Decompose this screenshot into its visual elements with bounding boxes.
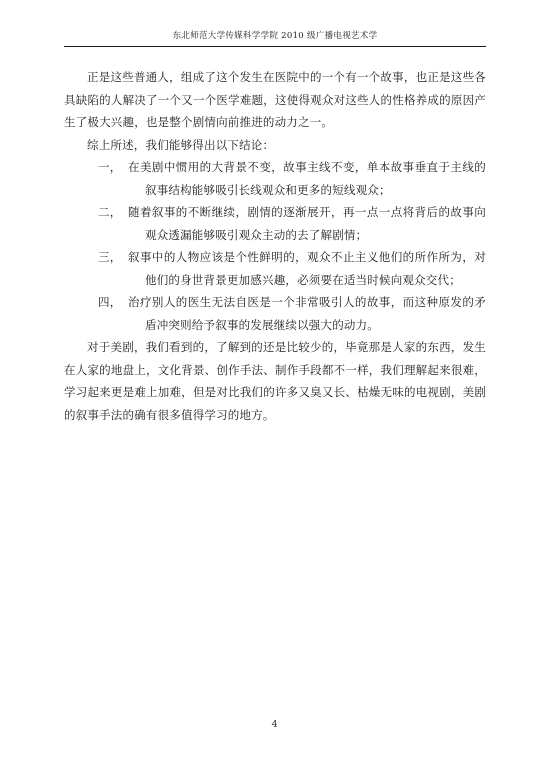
list-text: 在美剧中惯用的大背景不变，故事主线不变，单本故事垂直于主线的叙事结构能够吸引长线… bbox=[128, 160, 486, 197]
document-body: 正是这些普通人，组成了这个发生在医院中的一个有一个故事，也正是这些各具缺陷的人解… bbox=[64, 66, 486, 426]
list-item: 二，随着叙事的不断继续，剧情的逐渐展开，再一点一点将背后的故事向观众透漏能够吸引… bbox=[64, 201, 486, 246]
list-marker: 一， bbox=[98, 156, 121, 179]
list-item: 三，叙事中的人物应该是个性鲜明的，观众不止主义他们的所作所为，对他们的身世背景更… bbox=[64, 246, 486, 291]
list-item: 四，治疗别人的医生无法自医是一个非常吸引人的故事，而这种原发的矛盾冲突则给予叙事… bbox=[64, 291, 486, 336]
document-page: 东北师范大学传媒科学学院 2010 级广播电视艺术学 正是这些普通人，组成了这个… bbox=[0, 0, 549, 778]
list-marker: 三， bbox=[98, 246, 121, 269]
header-title: 东北师范大学传媒科学学院 2010 级广播电视艺术学 bbox=[64, 30, 486, 42]
paragraph-conclusion-intro: 综上所述，我们能够得出以下结论： bbox=[64, 134, 486, 157]
list-text: 叙事中的人物应该是个性鲜明的，观众不止主义他们的所作所为，对他们的身世背景更加感… bbox=[128, 250, 486, 287]
list-text: 随着叙事的不断继续，剧情的逐渐展开，再一点一点将背后的故事向观众透漏能够吸引观众… bbox=[128, 205, 486, 242]
list-text: 治疗别人的医生无法自医是一个非常吸引人的故事，而这种原发的矛盾冲突则给予叙事的发… bbox=[128, 295, 486, 332]
list-marker: 四， bbox=[98, 291, 121, 314]
page-header: 东北师范大学传媒科学学院 2010 级广播电视艺术学 bbox=[64, 30, 486, 47]
page-number: 4 bbox=[0, 719, 549, 730]
paragraph-intro: 正是这些普通人，组成了这个发生在医院中的一个有一个故事，也正是这些各具缺陷的人解… bbox=[64, 66, 486, 134]
paragraph-final: 对于美剧，我们看到的，了解到的还是比较少的，毕竟那是人家的东西，发生在人家的地盘… bbox=[64, 336, 486, 426]
list-marker: 二， bbox=[98, 201, 121, 224]
conclusion-list: 一，在美剧中惯用的大背景不变，故事主线不变，单本故事垂直于主线的叙事结构能够吸引… bbox=[64, 156, 486, 336]
list-item: 一，在美剧中惯用的大背景不变，故事主线不变，单本故事垂直于主线的叙事结构能够吸引… bbox=[64, 156, 486, 201]
